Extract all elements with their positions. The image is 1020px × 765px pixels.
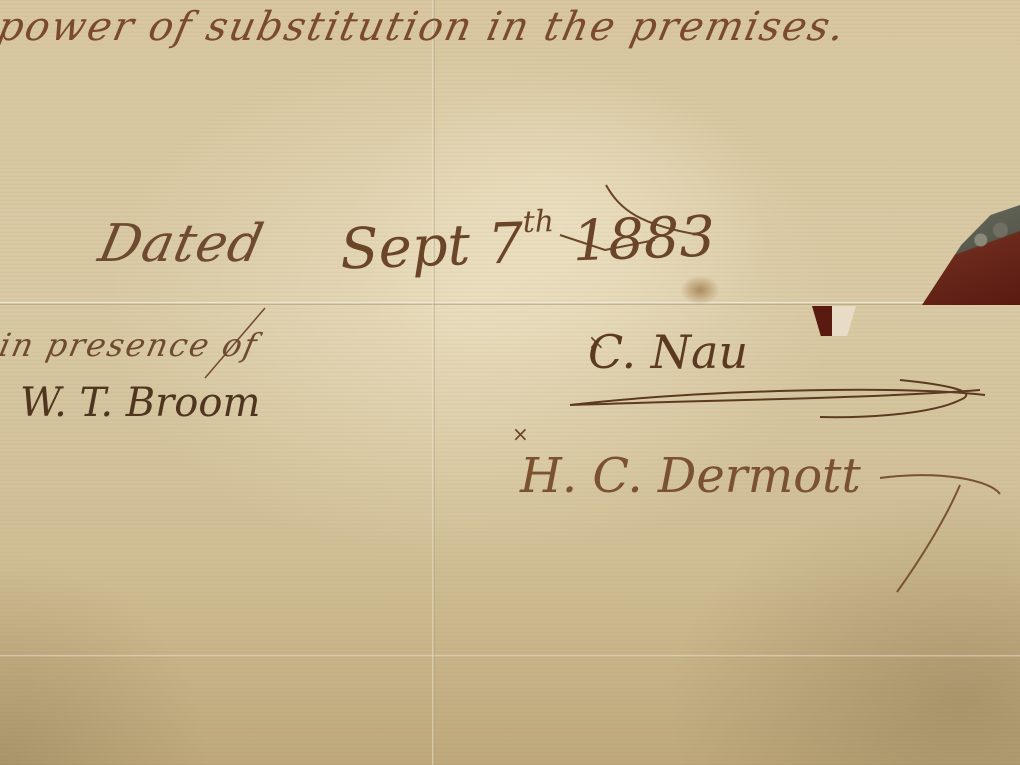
pen-flourishes [0,0,1020,765]
document-paper: power of substitution in the premises. D… [0,0,1020,765]
ink-stain [680,275,720,305]
